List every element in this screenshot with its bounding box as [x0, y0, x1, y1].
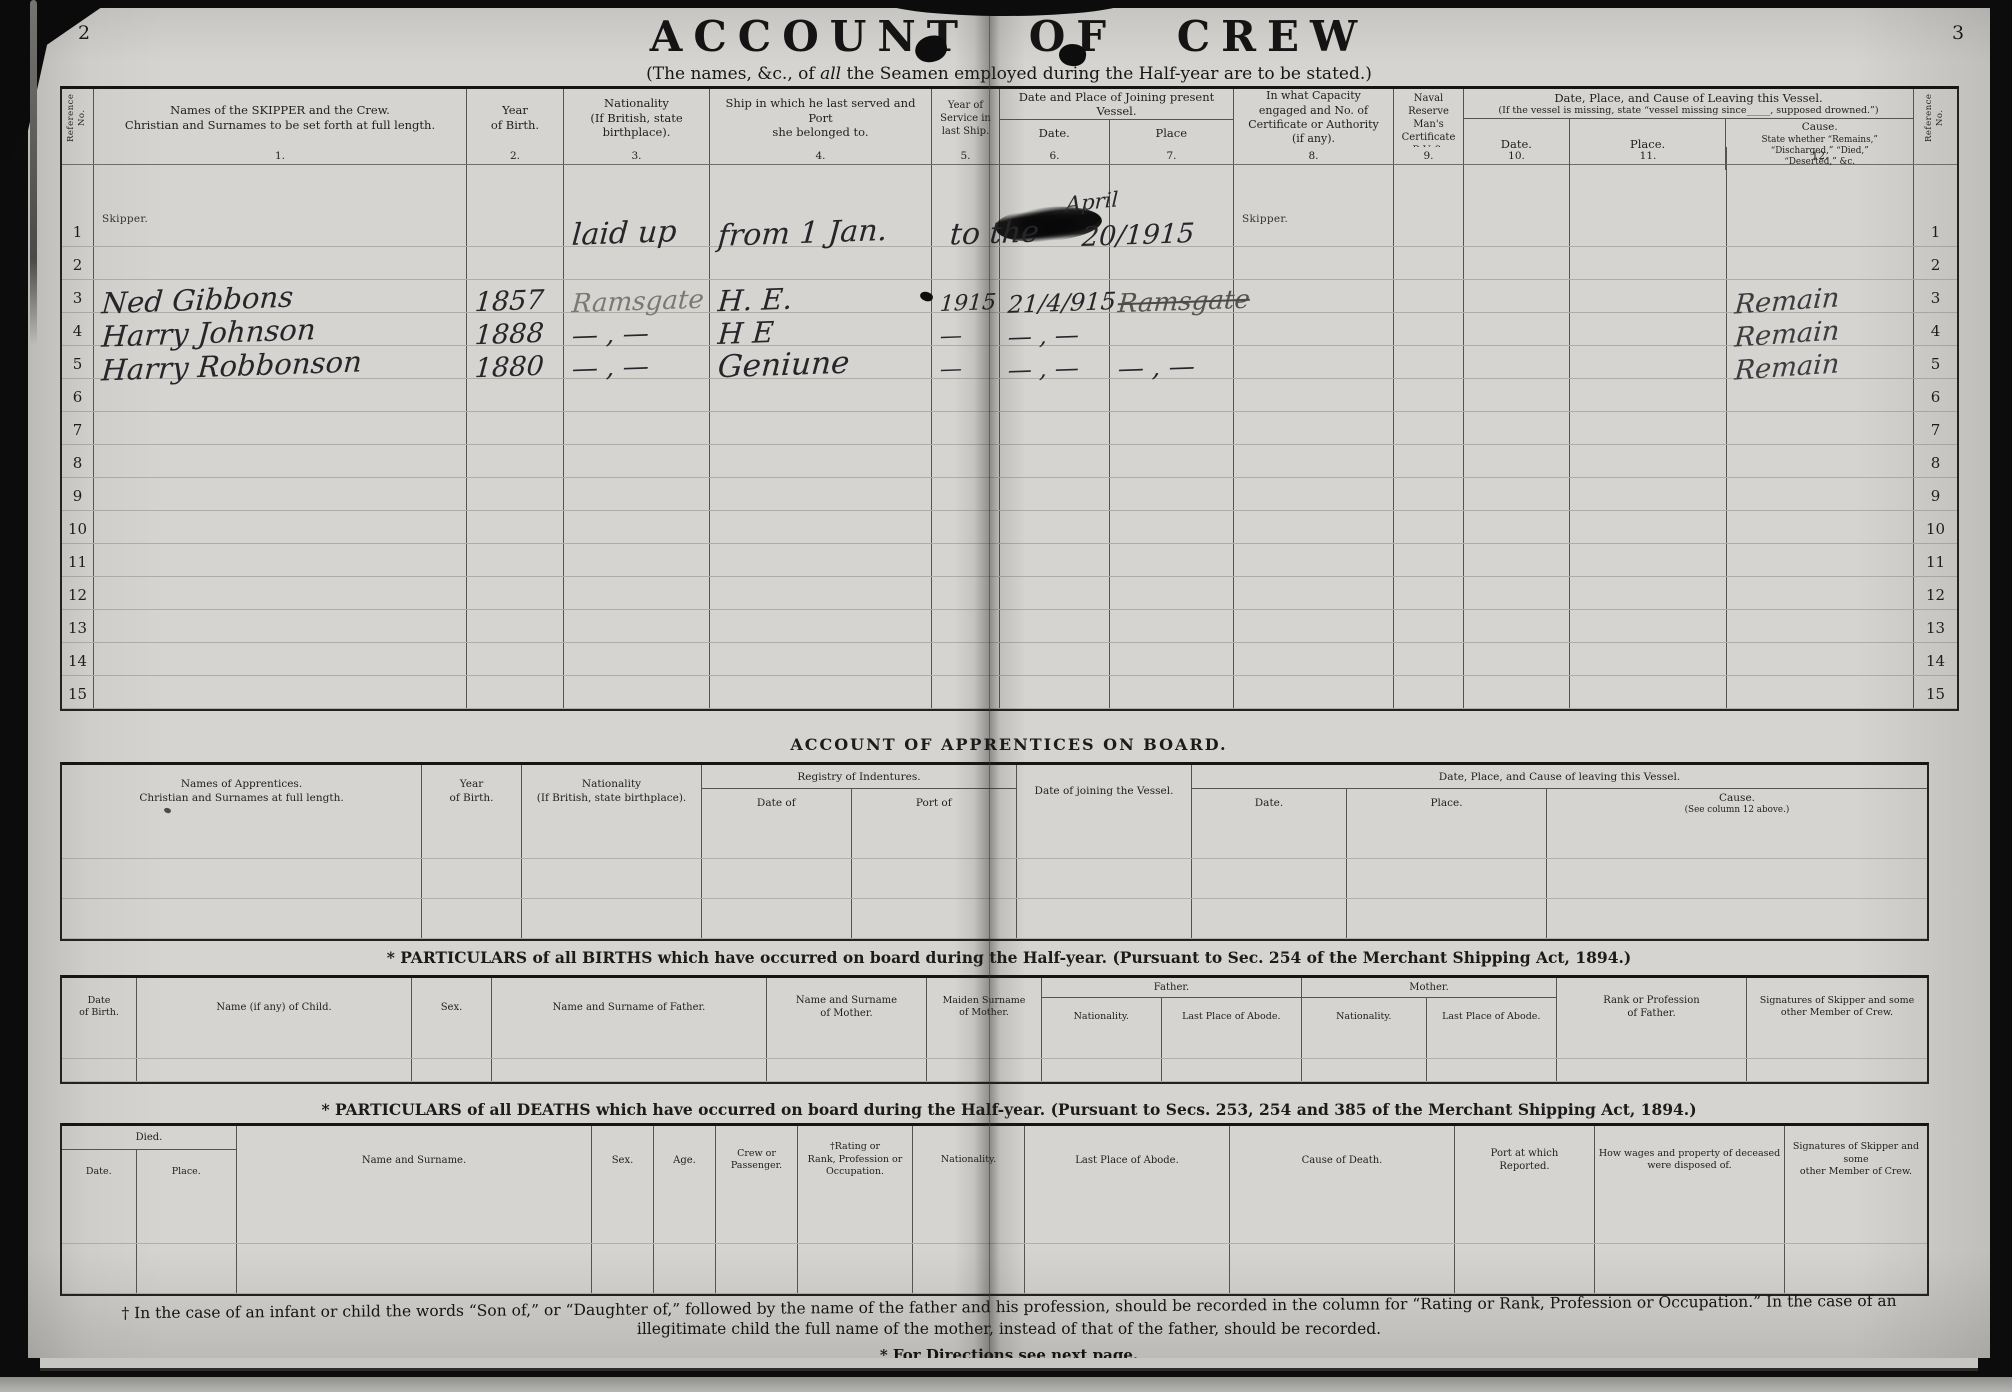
column-number: 12.: [1727, 147, 1914, 164]
crew-row: 88: [62, 445, 1957, 478]
empty-cell: [1347, 859, 1547, 898]
handwritten-entry: Ned Gibbons: [101, 283, 295, 319]
crew-cell-leave_place: [1570, 379, 1727, 411]
deaths-header-sex: Sex.: [592, 1126, 654, 1194]
deaths-header-died-place: Place.: [137, 1150, 236, 1194]
handwritten-entry: H. E.: [717, 285, 793, 317]
empty-cell: [62, 1059, 137, 1081]
crew-cell-capacity: [1234, 478, 1394, 510]
empty-row: [62, 1194, 1927, 1244]
empty-cell: [1455, 1244, 1595, 1293]
empty-cell: [1042, 1036, 1162, 1058]
crew-cell-service: [932, 643, 1000, 675]
crew-row: 1515: [62, 676, 1957, 709]
page-edge-streak: [30, 0, 37, 345]
crew-cell-birth: [467, 478, 564, 510]
crew-row: 22: [62, 247, 1957, 280]
crew-row: 1Skipper.laid upfrom 1 Jan.to theApril20…: [62, 165, 1957, 247]
crew-cell-refR: 8: [1914, 445, 1957, 477]
crew-header-joining-date: Date.: [1000, 120, 1110, 147]
row-reference-number: 15: [1926, 685, 1945, 703]
crew-cell-leave_date: [1464, 643, 1570, 675]
crew-cell-ref: 11: [62, 544, 94, 576]
crew-cell-leave_place: [1570, 643, 1727, 675]
crew-cell-naval: [1394, 379, 1464, 411]
crew-cell-leave_place: [1570, 610, 1727, 642]
empty-cell: [1747, 1036, 1927, 1058]
row-reference-number: 3: [1931, 289, 1941, 307]
crew-cell-cause: [1727, 577, 1914, 609]
row-reference-number: 2: [1931, 256, 1941, 274]
crew-cell-name: [94, 445, 467, 477]
births-table-header: Date of Birth. Name (if any) of Child. S…: [62, 978, 1927, 1036]
crew-cell-capacity: [1234, 577, 1394, 609]
crew-cell-refR: 4: [1914, 313, 1957, 345]
empty-cell: [1017, 819, 1192, 858]
births-header-mother-name: Name and Surname of Mother.: [767, 978, 927, 1036]
crew-cell-nationality: [564, 643, 710, 675]
deaths-header-died-date: Date.: [62, 1150, 137, 1194]
crew-header-nationality: Nationality (If British, state birthplac…: [564, 89, 710, 147]
crew-cell-capacity: [1234, 544, 1394, 576]
empty-cell: [716, 1194, 798, 1243]
column-number: 6.: [1000, 147, 1110, 164]
empty-cell: [62, 1244, 137, 1293]
empty-cell: [702, 819, 852, 858]
empty-cell: [927, 1036, 1042, 1058]
printed-skipper-label: Skipper.: [102, 213, 148, 225]
crew-cell-ref: 5: [62, 346, 94, 378]
empty-cell: [716, 1244, 798, 1293]
scanner-bed-strip: [0, 1377, 2012, 1392]
crew-cell-leave_date: [1464, 676, 1570, 708]
empty-cell: [1347, 819, 1547, 858]
crew-cell-capacity: [1234, 280, 1394, 312]
empty-cell: [767, 1059, 927, 1081]
crew-cell-ship: H. E.: [710, 280, 932, 312]
column-number: 2.: [467, 147, 564, 164]
book-page-spread: 2 3 ACCOUNT OF CREW (The names, &c., of …: [28, 8, 1990, 1358]
crew-cell-birth: [467, 676, 564, 708]
crew-cell-naval: [1394, 346, 1464, 378]
crew-cell-nationality: [564, 544, 710, 576]
crew-cell-join_place: [1110, 610, 1234, 642]
crew-cell-service: [932, 610, 1000, 642]
column-number: 10.: [1464, 147, 1570, 164]
crew-cell-refR: 5: [1914, 346, 1957, 378]
crew-cell-naval: [1394, 676, 1464, 708]
births-header-father-nationality: Nationality.: [1042, 998, 1162, 1036]
empty-cell: [1230, 1244, 1455, 1293]
empty-cell: [702, 859, 852, 898]
crew-cell-cause: Remain: [1727, 280, 1914, 312]
empty-cell: [237, 1244, 592, 1293]
handwritten-entry: Ramsgate: [1117, 287, 1251, 318]
crew-cell-leave_date: [1464, 412, 1570, 444]
row-reference-number: 6: [73, 388, 83, 406]
empty-cell: [422, 819, 522, 858]
row-reference-number: 10: [68, 520, 87, 538]
handwritten-entry: — , —: [571, 354, 650, 383]
deaths-header-rating: †Rating or Rank, Profession or Occupatio…: [798, 1126, 913, 1194]
crew-cell-naval: [1394, 412, 1464, 444]
crew-cell-refR: 3: [1914, 280, 1957, 312]
crew-table-header: Reference No. Names of the SKIPPER and t…: [62, 89, 1957, 147]
crew-table: Reference No. Names of the SKIPPER and t…: [60, 86, 1959, 711]
births-header-father-abode: Last Place of Abode.: [1162, 998, 1301, 1036]
births-header-father-group: Father. Nationality. Last Place of Abode…: [1042, 978, 1302, 1036]
row-reference-number: 9: [1931, 487, 1941, 505]
crew-cell-nationality: [564, 610, 710, 642]
births-table-body: [62, 1036, 1927, 1082]
crew-cell-leave_place: [1570, 544, 1727, 576]
handwritten-entry: Ramsgate: [571, 287, 705, 318]
crew-cell-capacity: [1234, 676, 1394, 708]
crew-column-numbers: 1. 2. 3. 4. 5. 6. 7. 8. 9. 10. 11. 12.: [62, 147, 1957, 165]
empty-cell: [1192, 859, 1347, 898]
empty-cell: [1017, 899, 1192, 938]
crew-cell-cause: [1727, 676, 1914, 708]
crew-cell-refR: 7: [1914, 412, 1957, 444]
crew-cell-join_date: [1000, 544, 1110, 576]
row-reference-number: 10: [1926, 520, 1945, 538]
empty-cell: [852, 899, 1017, 938]
deaths-table: Died. Date. Place. Name and Surname. Sex…: [60, 1123, 1929, 1296]
crew-cell-naval: [1394, 247, 1464, 279]
column-number: 8.: [1234, 147, 1394, 164]
empty-cell: [137, 1059, 412, 1081]
crew-cell-nationality: Ramsgate: [564, 280, 710, 312]
crew-cell-name: [94, 544, 467, 576]
account-of-crew-subtitle: (The names, &c., of all the Seamen emplo…: [28, 64, 1990, 84]
crew-cell-nationality: [564, 676, 710, 708]
crew-header-leaving-group: Date, Place, and Cause of Leaving this V…: [1464, 89, 1914, 147]
reference-no-vertical-label: Reference No.: [66, 91, 88, 145]
empty-cell: [654, 1194, 716, 1243]
handwritten-entry: Remain: [1734, 350, 1841, 384]
crew-cell-leave_date: [1464, 577, 1570, 609]
crew-cell-capacity: [1234, 247, 1394, 279]
empty-cell: [852, 819, 1017, 858]
crew-cell-join_date: [1000, 577, 1110, 609]
crew-header-last-ship: Ship in which he last served and Port sh…: [710, 89, 932, 147]
handwritten-entry: laid up: [571, 217, 678, 251]
crew-cell-cause: [1727, 165, 1914, 246]
crew-cell-refR: 6: [1914, 379, 1957, 411]
crew-cell-nationality: [564, 511, 710, 543]
crew-cell-ref: 9: [62, 478, 94, 510]
crew-cell-service: [932, 445, 1000, 477]
empty-cell: [522, 859, 702, 898]
apprentices-header-leaving-date: Date.: [1192, 789, 1347, 819]
crew-header-capacity: In what Capacity engaged and No. of Cert…: [1234, 89, 1394, 147]
crew-cell-refR: 14: [1914, 643, 1957, 675]
crew-cell-ship: [710, 511, 932, 543]
deaths-header-wages: How wages and property of deceased were …: [1595, 1126, 1785, 1194]
empty-cell: [1192, 819, 1347, 858]
column-number: 5.: [932, 147, 1000, 164]
crew-cell-naval: [1394, 610, 1464, 642]
crew-cell-ref: 12: [62, 577, 94, 609]
crew-cell-ref: 8: [62, 445, 94, 477]
crew-cell-naval: [1394, 280, 1464, 312]
apprentices-table-body: [62, 819, 1927, 939]
crew-cell-leave_date: [1464, 346, 1570, 378]
empty-row: [62, 1036, 1927, 1059]
crew-cell-ship: Geniune: [710, 346, 932, 378]
crew-row: 1313: [62, 610, 1957, 643]
crew-cell-capacity: [1234, 511, 1394, 543]
crew-cell-refR: 13: [1914, 610, 1957, 642]
crew-cell-join_place: — , —: [1110, 346, 1234, 378]
crew-cell-leave_place: [1570, 478, 1727, 510]
row-reference-number: 15: [68, 685, 87, 703]
crew-cell-naval: [1394, 478, 1464, 510]
crew-cell-leave_date: [1464, 165, 1570, 246]
crew-cell-ship: [710, 544, 932, 576]
empty-cell: [1347, 899, 1547, 938]
crew-cell-birth: [467, 544, 564, 576]
crew-cell-name: [94, 478, 467, 510]
empty-cell: [1162, 1036, 1302, 1058]
deaths-header-cause: Cause of Death.: [1230, 1126, 1455, 1194]
crew-cell-join_place: [1110, 478, 1234, 510]
row-reference-number: 11: [1926, 553, 1945, 571]
empty-cell: [1230, 1194, 1455, 1243]
births-header-mother-group: Mother. Nationality. Last Place of Abode…: [1302, 978, 1557, 1036]
crew-cell-nationality: [564, 577, 710, 609]
crew-cell-ship: [710, 445, 932, 477]
empty-cell: [62, 1194, 137, 1243]
empty-cell: [1747, 1059, 1927, 1081]
handwritten-entry: 1915: [939, 292, 997, 316]
crew-cell-service: [932, 544, 1000, 576]
empty-cell: [1025, 1194, 1230, 1243]
deaths-section-title: * PARTICULARS of all DEATHS which have o…: [28, 1100, 1990, 1119]
crew-cell-cause: [1727, 643, 1914, 675]
crew-cell-ship: [710, 478, 932, 510]
row-reference-number: 14: [68, 652, 87, 670]
empty-row: [62, 1059, 1927, 1082]
crew-cell-ship: [710, 676, 932, 708]
crew-cell-capacity: [1234, 346, 1394, 378]
handwritten-entry: to the: [949, 217, 1040, 250]
empty-cell: [927, 1059, 1042, 1081]
crew-row: 1010: [62, 511, 1957, 544]
apprentices-section-title: ACCOUNT OF APPRENTICES ON BOARD.: [28, 735, 1990, 754]
handwritten-entry: —: [939, 359, 963, 382]
deaths-table-header: Died. Date. Place. Name and Surname. Sex…: [62, 1126, 1927, 1194]
crew-cell-leave_date: [1464, 313, 1570, 345]
column-number: 3.: [564, 147, 710, 164]
crew-cell-ship: H E: [710, 313, 932, 345]
crew-cell-cause: [1727, 478, 1914, 510]
empty-cell: [592, 1194, 654, 1243]
handwritten-entry: 20/1915: [1081, 220, 1195, 251]
crew-cell-join_place: [1110, 544, 1234, 576]
empty-cell: [522, 819, 702, 858]
crew-cell-nationality: [564, 445, 710, 477]
vessel-missing-note: (If the vessel is missing, state “vessel…: [1498, 105, 1878, 116]
crew-cell-service: [932, 676, 1000, 708]
crew-header-joining-place: Place: [1110, 120, 1233, 147]
births-header-mother-group-label: Mother.: [1302, 978, 1556, 998]
crew-cell-service: 1915: [932, 280, 1000, 312]
crew-cell-name: [94, 577, 467, 609]
crew-cell-capacity: Skipper.: [1234, 165, 1394, 246]
apprentices-header-registry-group: Registry of Indentures. Date of Port of: [702, 765, 1017, 819]
row-reference-number: 9: [73, 487, 83, 505]
births-header-child-name: Name (if any) of Child.: [137, 978, 412, 1036]
crew-cell-name: Harry Johnson: [94, 313, 467, 345]
empty-cell: [702, 899, 852, 938]
deaths-header-age: Age.: [654, 1126, 716, 1194]
leaving-vessel-label: Date, Place, and Cause of Leaving this V…: [1554, 91, 1822, 105]
crew-cell-ref: 10: [62, 511, 94, 543]
row-reference-number: 7: [1931, 421, 1941, 439]
row-reference-number: 12: [68, 586, 87, 604]
crew-cell-birth: [467, 643, 564, 675]
crew-cell-name: [94, 610, 467, 642]
crew-cell-join_place: Ramsgate: [1110, 280, 1234, 312]
empty-cell: [767, 1036, 927, 1058]
crew-cell-join_place: [1110, 511, 1234, 543]
empty-cell: [913, 1244, 1025, 1293]
crew-header-year-of-birth: Year of Birth.: [467, 89, 564, 147]
empty-cell: [62, 1036, 137, 1058]
crew-cell-refR: 9: [1914, 478, 1957, 510]
deaths-header-died-group: Died. Date. Place.: [62, 1126, 237, 1194]
cause-label: Cause.: [1802, 121, 1838, 135]
empty-cell: [137, 1194, 237, 1243]
crew-cell-leave_place: [1570, 445, 1727, 477]
row-reference-number: 13: [68, 619, 87, 637]
row-reference-number: 8: [73, 454, 83, 472]
crew-cell-name: [94, 247, 467, 279]
empty-cell: [1025, 1244, 1230, 1293]
empty-cell: [1302, 1059, 1427, 1081]
crew-cell-service: [932, 412, 1000, 444]
crew-cell-naval: [1394, 165, 1464, 246]
crew-row: 77: [62, 412, 1957, 445]
crew-cell-ref: 6: [62, 379, 94, 411]
row-reference-number: 5: [1931, 355, 1941, 373]
scanned-crew-agreement-spread: 2 3 ACCOUNT OF CREW (The names, &c., of …: [0, 0, 2012, 1392]
crew-cell-join_place: [1110, 577, 1234, 609]
row-reference-number: 2: [73, 256, 83, 274]
empty-cell: [798, 1244, 913, 1293]
row-reference-number: 4: [1931, 322, 1941, 340]
crew-cell-leave_place: [1570, 577, 1727, 609]
crew-cell-capacity: [1234, 643, 1394, 675]
crew-cell-ref: 7: [62, 412, 94, 444]
row-reference-number: 1: [1931, 223, 1941, 241]
crew-cell-leave_place: [1570, 412, 1727, 444]
deaths-header-died: Died.: [62, 1126, 236, 1150]
crew-header-leaving: Date, Place, and Cause of Leaving this V…: [1464, 89, 1913, 119]
crew-cell-join_date: [1000, 412, 1110, 444]
crew-cell-ref: 4: [62, 313, 94, 345]
crew-cell-name: [94, 412, 467, 444]
crew-cell-nationality: laid up: [564, 165, 710, 246]
column-number: 11.: [1570, 147, 1727, 164]
crew-cell-join_place: [1110, 676, 1234, 708]
row-reference-number: 14: [1926, 652, 1945, 670]
printed-skipper-label: Skipper.: [1242, 213, 1288, 225]
empty-cell: [237, 1194, 592, 1243]
crew-row: 99: [62, 478, 1957, 511]
crew-cell-leave_place: [1570, 280, 1727, 312]
deaths-header-crew-or-passenger: Crew or Passenger.: [716, 1126, 798, 1194]
footnote-line-2: illegitimate child the full name of the …: [28, 1320, 1990, 1338]
underlying-page-edges: [40, 1358, 1978, 1371]
empty-row: [62, 1244, 1927, 1294]
crew-cell-naval: [1394, 445, 1464, 477]
crew-cell-ship: [710, 610, 932, 642]
empty-cell: [1427, 1036, 1557, 1058]
crew-cell-service: [932, 478, 1000, 510]
crew-cell-birth: [467, 511, 564, 543]
crew-cell-ship: from 1 Jan.: [710, 165, 932, 246]
handwritten-entry: — , —: [571, 321, 650, 350]
crew-cell-join_place: [1110, 247, 1234, 279]
empty-cell: [1455, 1194, 1595, 1243]
row-reference-number: 4: [73, 322, 83, 340]
apprentices-header-names: Names of Apprentices. Christian and Surn…: [62, 765, 422, 819]
row-reference-number: 1: [73, 223, 83, 241]
handwritten-entry: Remain: [1734, 317, 1841, 351]
crew-cell-leave_date: [1464, 610, 1570, 642]
empty-cell: [1547, 899, 1927, 938]
empty-cell: [592, 1244, 654, 1293]
crew-header-names: Names of the SKIPPER and the Crew. Chris…: [94, 89, 467, 147]
handwritten-entry: H E: [717, 318, 775, 349]
empty-cell: [1302, 1036, 1427, 1058]
births-header-date: Date of Birth.: [62, 978, 137, 1036]
crew-cell-service: —: [932, 346, 1000, 378]
deaths-header-signatures: Signatures of Skipper and some other Mem…: [1785, 1126, 1927, 1194]
crew-row: 1414: [62, 643, 1957, 676]
crew-cell-refR: 12: [1914, 577, 1957, 609]
empty-cell: [412, 1059, 492, 1081]
empty-cell: [492, 1059, 767, 1081]
crew-cell-nationality: [564, 478, 710, 510]
empty-cell: [1785, 1244, 1927, 1293]
crew-cell-cause: [1727, 511, 1914, 543]
crew-cell-leave_date: [1464, 511, 1570, 543]
apprentices-header-leaving-place: Place.: [1347, 789, 1547, 819]
empty-cell: [654, 1244, 716, 1293]
crew-cell-join_date: [1000, 511, 1110, 543]
crew-cell-service: —: [932, 313, 1000, 345]
births-header-father-name: Name and Surname of Father.: [492, 978, 767, 1036]
empty-cell: [852, 859, 1017, 898]
crew-cell-naval: [1394, 511, 1464, 543]
column-number: 4.: [710, 147, 932, 164]
empty-cell: [62, 819, 422, 858]
empty-cell: [1595, 1244, 1785, 1293]
empty-cell: [1595, 1194, 1785, 1243]
crew-cell-leave_place: [1570, 511, 1727, 543]
crew-cell-name: [94, 676, 467, 708]
empty-cell: [62, 859, 422, 898]
handwritten-entry: 1880: [474, 353, 545, 382]
crew-cell-ref: 3: [62, 280, 94, 312]
crew-row: 3Ned Gibbons1857RamsgateH. E.191521/4/91…: [62, 280, 1957, 313]
deaths-header-abode: Last Place of Abode.: [1025, 1126, 1230, 1194]
account-of-crew-title: ACCOUNT OF CREW: [28, 12, 1990, 61]
crew-header-reference-left: Reference No.: [62, 89, 94, 147]
